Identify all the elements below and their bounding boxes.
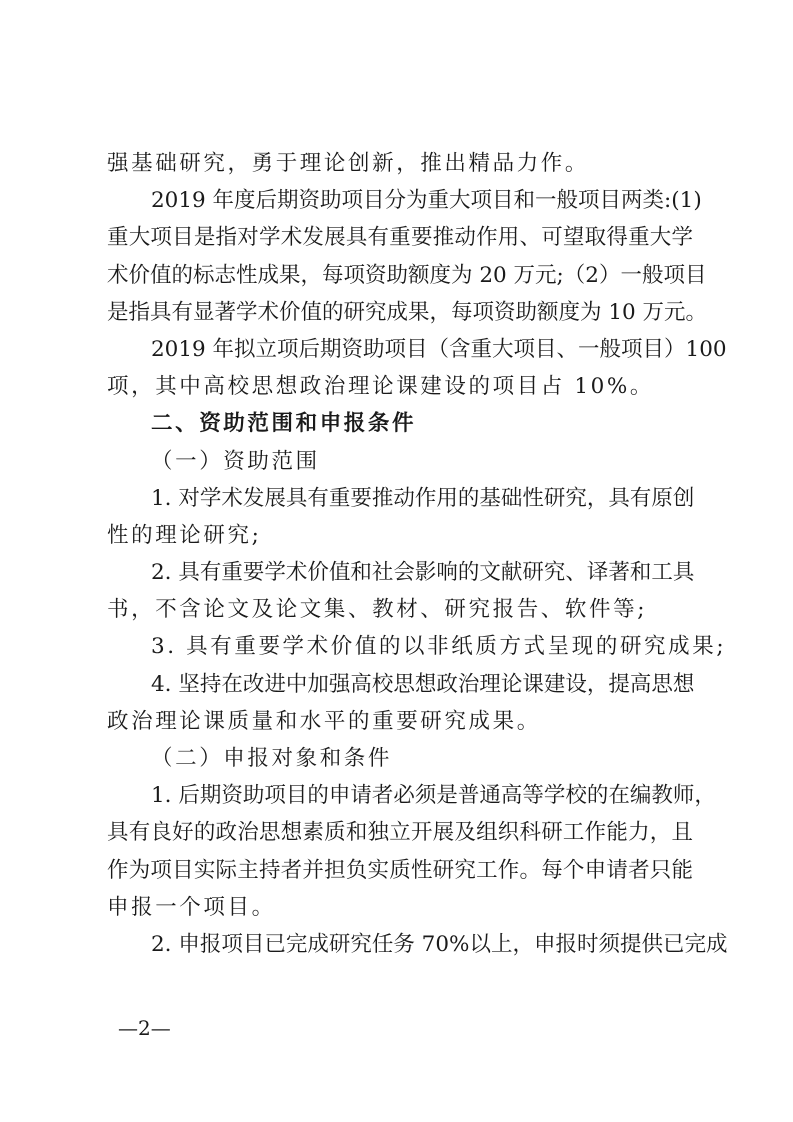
page-number: —2—: [118, 1016, 171, 1040]
text-line: 项，其中高校思想政治理论课建设的项目占 10%。: [107, 368, 693, 405]
list-item-start: 2. 申报项目已完成研究任务 70%以上，申报时须提供已完成: [107, 926, 693, 963]
list-item-start: 2. 具有重要学术价值和社会影响的文献研究、译著和工具: [107, 554, 693, 591]
document-page: 强基础研究，勇于理论创新，推出精品力作。 2019 年度后期资助项目分为重大项目…: [107, 145, 693, 963]
section-heading: 二、资助范围和申报条件: [107, 405, 693, 442]
list-item-start: 3. 具有重要学术价值的以非纸质方式呈现的研究成果;: [107, 628, 693, 665]
text-line: 政治理论课质量和水平的重要研究成果。: [107, 703, 693, 740]
text-line: 重大项目是指对学术发展具有重要推动作用、可望取得重大学: [107, 219, 693, 256]
list-item-start: 4. 坚持在改进中加强高校思想政治理论课建设，提高思想: [107, 666, 693, 703]
text-line: 作为项目实际主持者并担负实质性研究工作。每个申请者只能: [107, 852, 693, 889]
text-line: 书，不含论文及论文集、教材、研究报告、软件等;: [107, 591, 693, 628]
text-line: 性的理论研究;: [107, 517, 693, 554]
text-line: 强基础研究，勇于理论创新，推出精品力作。: [107, 145, 693, 182]
subsection-heading: （一）资助范围: [107, 443, 693, 480]
text-line: 是指具有显著学术价值的研究成果，每项资助额度为 10 万元。: [107, 294, 693, 331]
text-line: 具有良好的政治思想素质和独立开展及组织科研工作能力，且: [107, 814, 693, 851]
text-line: 术价值的标志性成果，每项资助额度为 20 万元;（2）一般项目: [107, 257, 693, 294]
subsection-heading: （二）申报对象和条件: [107, 740, 693, 777]
list-item-start: 1. 对学术发展具有重要推动作用的基础性研究，具有原创: [107, 480, 693, 517]
paragraph-start-line: 2019 年度后期资助项目分为重大项目和一般项目两类:(1): [107, 182, 693, 219]
text-line: 申报一个项目。: [107, 889, 693, 926]
list-item-start: 1. 后期资助项目的申请者必须是普通高等学校的在编教师，: [107, 777, 693, 814]
paragraph-start-line: 2019 年拟立项后期资助项目（含重大项目、一般项目）100: [107, 331, 693, 368]
